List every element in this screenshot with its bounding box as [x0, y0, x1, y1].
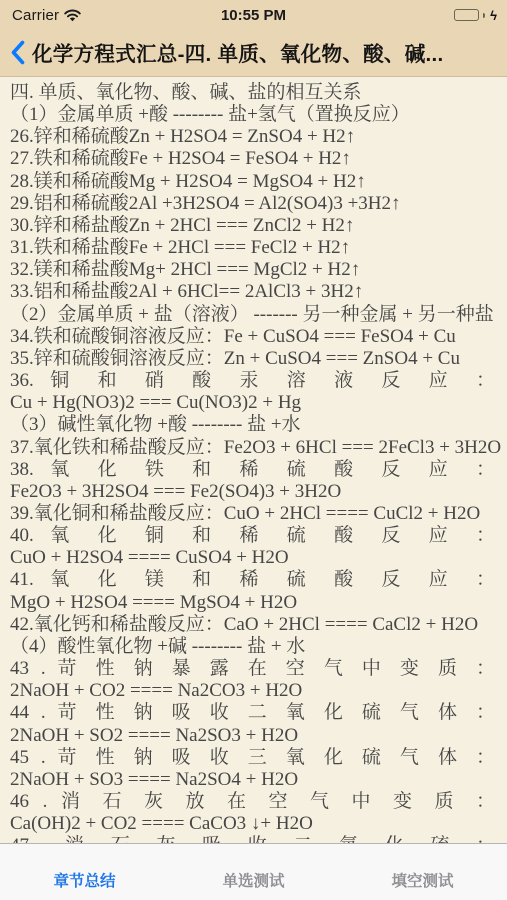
- content-line: 46 . 消 石 灰 放 在 空 气 中 变 质 ：: [10, 791, 495, 813]
- carrier-label: Carrier: [12, 7, 59, 24]
- battery-tip: [483, 13, 485, 18]
- content-line: （4）酸性氧化物 +碱 -------- 盐 + 水: [10, 636, 495, 658]
- content-line: 29.铝和稀硫酸2Al +3H2SO4 = Al2(SO4)3 +3H2↑: [10, 193, 495, 215]
- content-line: 37.氧化铁和稀盐酸反应：Fe2O3 + 6HCl === 2FeCl3 + 3…: [10, 437, 495, 459]
- tab-label: 章节总结: [53, 869, 115, 891]
- content-line: 44 . 苛 性 钠 吸 收 二 氧 化 硫 气 体 ：: [10, 702, 495, 724]
- content-line: 四. 单质、氧化物、酸、碱、盐的相互关系: [10, 82, 495, 104]
- content-line: 45 . 苛 性 钠 吸 收 三 氧 化 硫 气 体 ：: [10, 747, 495, 769]
- content-line: 33.铝和稀盐酸2Al + 6HCl== 2AlCl3 + 3H2↑: [10, 281, 495, 303]
- content-line: （1）金属单质 +酸 -------- 盐+氢气（置换反应）: [10, 104, 495, 126]
- content-line: 26.锌和稀硫酸Zn + H2SO4 = ZnSO4 + H2↑: [10, 126, 495, 148]
- app-screen: Carrier 10:55 PM ϟ: [0, 0, 507, 900]
- content-line: 28.镁和稀硫酸Mg + H2SO4 = MgSO4 + H2↑: [10, 171, 495, 193]
- content-line: 38. 氧 化 铁 和 稀 硫 酸 反 应 ：: [10, 459, 495, 481]
- content-line: （2）金属单质 + 盐（溶液） ------- 另一种金属 + 另一种盐: [10, 304, 495, 326]
- tab-label: 填空测试: [391, 869, 453, 891]
- back-button[interactable]: [10, 40, 25, 65]
- status-bar: Carrier 10:55 PM ϟ: [0, 0, 507, 28]
- content-line: 34.铁和硫酸铜溶液反应：Fe + CuSO4 === FeSO4 + Cu: [10, 326, 495, 348]
- charging-bolt-icon: ϟ: [490, 9, 497, 22]
- content-line: 35.锌和硫酸铜溶液反应：Zn + CuSO4 === ZnSO4 + Cu: [10, 348, 495, 370]
- content-line: MgO + H2SO4 ==== MgSO4 + H2O: [10, 592, 495, 614]
- wifi-icon: [64, 9, 81, 22]
- content-line: 42.氧化钙和稀盐酸反应：CaO + 2HCl ==== CaCl2 + H2O: [10, 614, 495, 636]
- content-line: 39.氧化铜和稀盐酸反应：CuO + 2HCl ==== CuCl2 + H2O: [10, 503, 495, 525]
- tab-chapter-summary[interactable]: 章节总结: [0, 844, 169, 900]
- content-line: 32.镁和稀盐酸Mg+ 2HCl === MgCl2 + H2↑: [10, 259, 495, 281]
- page-title: 化学方程式汇总-四. 单质、氧化物、酸、碱...: [32, 37, 499, 67]
- content-line: 47 . 消 石 灰 吸 收 二 氧 化 硫 ：: [10, 835, 495, 843]
- content-line: 31.铁和稀盐酸Fe + 2HCl === FeCl2 + H2↑: [10, 237, 495, 259]
- content-line: 30.锌和稀盐酸Zn + 2HCl === ZnCl2 + H2↑: [10, 215, 495, 237]
- content-line: （3）碱性氧化物 +酸 -------- 盐 +水: [10, 414, 495, 436]
- battery-icon: [454, 9, 479, 21]
- content-line: 41. 氧 化 镁 和 稀 硫 酸 反 应 ：: [10, 569, 495, 591]
- content-line: 40. 氧 化 铜 和 稀 硫 酸 反 应 ：: [10, 525, 495, 547]
- nav-bar: 化学方程式汇总-四. 单质、氧化物、酸、碱...: [0, 28, 507, 76]
- content-line: 2NaOH + CO2 ==== Na2CO3 + H2O: [10, 680, 495, 702]
- content-line: Ca(OH)2 + CO2 ==== CaCO3 ↓+ H2O: [10, 813, 495, 835]
- chapter-summary-content[interactable]: 四. 单质、氧化物、酸、碱、盐的相互关系（1）金属单质 +酸 -------- …: [0, 77, 507, 843]
- header: Carrier 10:55 PM ϟ: [0, 0, 507, 77]
- content-line: 27.铁和稀硫酸Fe + H2SO4 = FeSO4 + H2↑: [10, 148, 495, 170]
- content-lines: 四. 单质、氧化物、酸、碱、盐的相互关系（1）金属单质 +酸 -------- …: [10, 82, 495, 843]
- content-line: 2NaOH + SO2 ==== Na2SO3 + H2O: [10, 725, 495, 747]
- content-line: CuO + H2SO4 ==== CuSO4 + H2O: [10, 547, 495, 569]
- content-line: 2NaOH + SO3 ==== Na2SO4 + H2O: [10, 769, 495, 791]
- content-line: Fe2O3 + 3H2SO4 === Fe2(SO4)3 + 3H2O: [10, 481, 495, 503]
- content-line: Cu + Hg(NO3)2 === Cu(NO3)2 + Hg: [10, 392, 495, 414]
- status-left: Carrier: [12, 7, 81, 24]
- tab-label: 单选测试: [222, 869, 284, 891]
- tab-bar: 章节总结 单选测试 填空测试: [0, 843, 507, 900]
- content-line: 43 . 苛 性 钠 暴 露 在 空 气 中 变 质 ：: [10, 658, 495, 680]
- status-right: ϟ: [454, 9, 497, 22]
- tab-single-choice-test[interactable]: 单选测试: [169, 844, 338, 900]
- tab-fill-blank-test[interactable]: 填空测试: [338, 844, 507, 900]
- content-line: 36. 铜 和 硝 酸 汞 溶 液 反 应 ：: [10, 370, 495, 392]
